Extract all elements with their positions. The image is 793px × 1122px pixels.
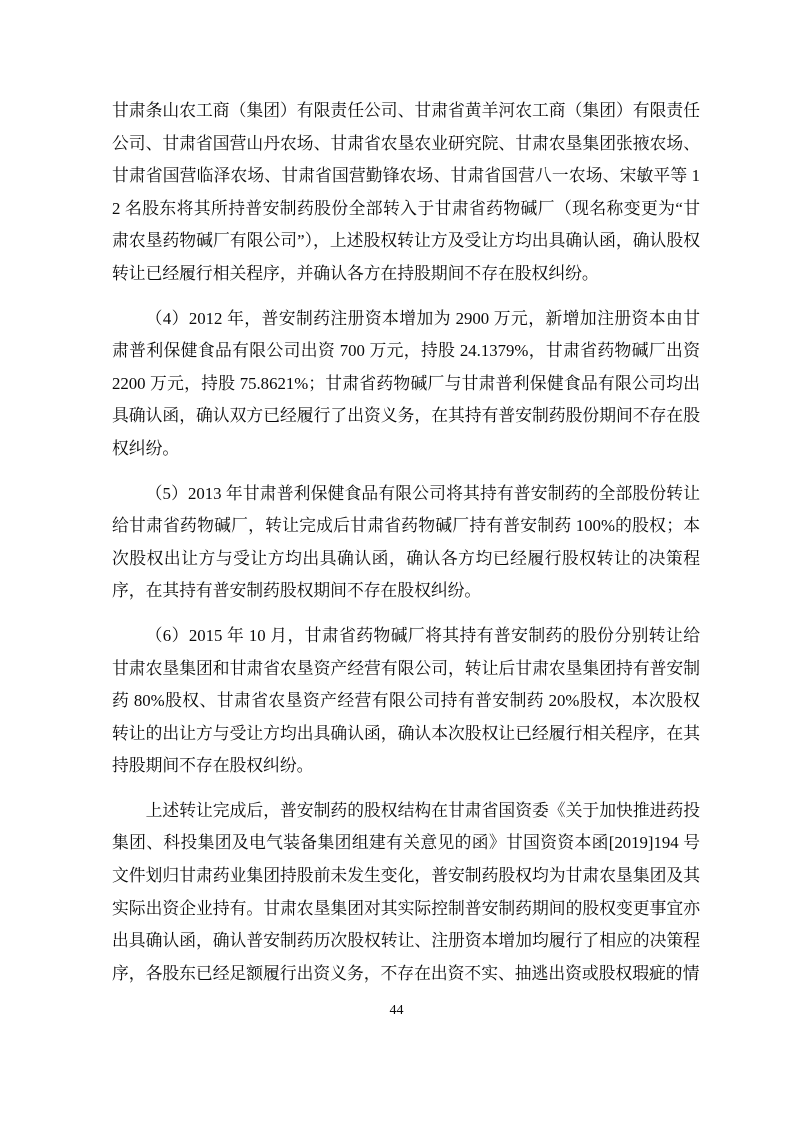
text-block: 甘肃条山农工商（集团）有限责任公司、甘肃省黄羊河农工商（集团）有限责任公司、甘肃… (112, 95, 700, 1002)
paragraph: 上述转让完成后，普安制药的股权结构在甘肃省国资委《关于加快推进药投集团、科投集团… (112, 795, 700, 991)
paragraph: 甘肃条山农工商（集团）有限责任公司、甘肃省黄羊河农工商（集团）有限责任公司、甘肃… (112, 95, 700, 291)
paragraph: （4）2012 年，普安制药注册资本增加为 2900 万元，新增加注册资本由甘肃… (112, 303, 700, 466)
paragraph: （6）2015 年 10 月，甘肃省药物碱厂将其持有普安制药的股份分别转让给甘肃… (112, 620, 700, 783)
document-page: 甘肃条山农工商（集团）有限责任公司、甘肃省黄羊河农工商（集团）有限责任公司、甘肃… (0, 0, 793, 1122)
page-number: 44 (0, 1001, 793, 1021)
paragraph: （5）2013 年甘肃普利保健食品有限公司将其持有普安制药的全部股份转让给甘肃省… (112, 478, 700, 608)
